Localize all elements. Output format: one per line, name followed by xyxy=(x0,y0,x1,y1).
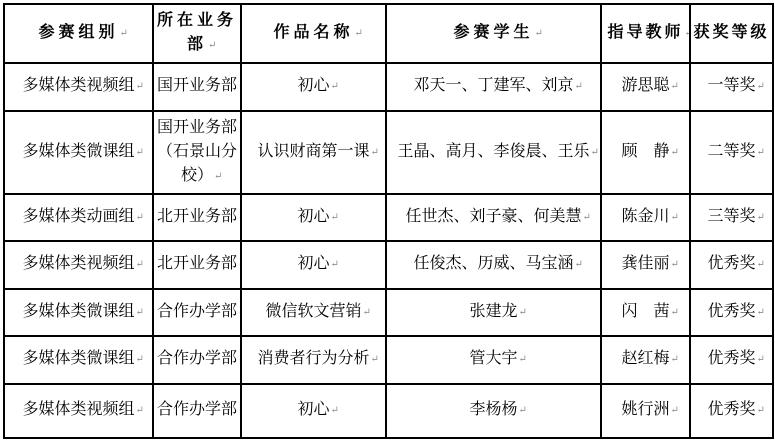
cell-teacher[interactable]: 闪 茜↵ xyxy=(601,289,690,336)
column-header-department[interactable]: 所在业务部↵ xyxy=(153,4,241,63)
cell-group[interactable]: 多媒体类微课组↵ xyxy=(4,336,153,384)
cell-text: 优秀奖 xyxy=(707,303,755,320)
cell-text: 多媒体类视频组 xyxy=(22,77,134,94)
cell-department[interactable]: 国开业务部（石景山分校）↵ xyxy=(153,111,241,194)
cell-text: 闪 茜 xyxy=(621,303,669,320)
cell-students[interactable]: 管大宇↵ xyxy=(386,336,601,384)
cell-award-level[interactable]: 优秀奖↵ xyxy=(690,241,773,289)
cell-text: 合作办学部 xyxy=(157,401,237,418)
cell-award-level[interactable]: 三等奖↵ xyxy=(690,194,773,241)
cell-text: 北开业务部 xyxy=(157,208,237,225)
cell-department[interactable]: 合作办学部↵ xyxy=(153,289,241,336)
cell-work-name[interactable]: 消费者行为分析↵ xyxy=(241,336,386,384)
cell-text: 姚行洲 xyxy=(621,401,669,418)
cell-text: 游思聪 xyxy=(621,77,669,94)
column-header-award-level[interactable]: 获奖等级↵ xyxy=(690,4,773,63)
table-row: 多媒体类视频组↵国开业务部↵初心↵邓天一、丁建军、刘京↵游思聪↵一等奖↵ xyxy=(4,63,773,111)
cell-text: 北开业务部 xyxy=(157,255,237,272)
table-row: 多媒体类视频组↵合作办学部↵初心↵李杨杨↵姚行洲↵优秀奖↵ xyxy=(4,384,773,438)
cell-text: 顾 静 xyxy=(621,143,669,160)
cell-text: 任世杰、刘子豪、何美慧 xyxy=(405,208,581,225)
cell-text: 一等奖 xyxy=(707,77,755,94)
column-header-work-name[interactable]: 作品名称↵ xyxy=(241,4,386,63)
table-row: 多媒体类微课组↵合作办学部↵微信软文营销↵张建龙↵闪 茜↵优秀奖↵ xyxy=(4,289,773,336)
cell-work-name[interactable]: 微信软文营销↵ xyxy=(241,289,386,336)
cell-text: 王晶、高月、李俊晨、王乐 xyxy=(397,143,589,160)
cell-award-level[interactable]: 优秀奖↵ xyxy=(690,289,773,336)
cell-department[interactable]: 合作办学部↵ xyxy=(153,336,241,384)
table-row: 多媒体类视频组↵北开业务部↵初心↵任俊杰、历威、马宝涵↵龚佳丽↵优秀奖↵ xyxy=(4,241,773,289)
cell-text: 国开业务部（石景山分校） xyxy=(157,119,237,184)
cell-group[interactable]: 多媒体类视频组↵ xyxy=(4,384,153,438)
cell-text: 消费者行为分析 xyxy=(257,350,369,367)
cell-text: 任俊杰、历威、马宝涵 xyxy=(413,255,573,272)
cell-work-name[interactable]: 初心↵ xyxy=(241,384,386,438)
cell-work-name[interactable]: 初心↵ xyxy=(241,194,386,241)
table-row: 多媒体类动画组↵北开业务部↵初心↵任世杰、刘子豪、何美慧↵陈金川↵三等奖↵ xyxy=(4,194,773,241)
cell-text: 初心 xyxy=(297,255,329,272)
cell-group[interactable]: 多媒体类视频组↵ xyxy=(4,241,153,289)
cell-work-name[interactable]: 初心↵ xyxy=(241,63,386,111)
cell-text: 初心 xyxy=(297,401,329,418)
header-row: 参赛组别↵所在业务部↵作品名称↵参赛学生↵指导教师↵获奖等级↵ xyxy=(4,4,773,63)
cell-teacher[interactable]: 陈金川↵ xyxy=(601,194,690,241)
cell-award-level[interactable]: 优秀奖↵ xyxy=(690,336,773,384)
column-header-label: 所在业务部 xyxy=(157,12,237,53)
cell-text: 优秀奖 xyxy=(707,350,755,367)
column-header-label: 参赛组别 xyxy=(38,24,118,41)
table-row: 多媒体类微课组↵国开业务部（石景山分校）↵认识财商第一课↵王晶、高月、李俊晨、王… xyxy=(4,111,773,194)
cell-text: 二等奖 xyxy=(707,143,755,160)
cell-text: 张建龙 xyxy=(469,303,517,320)
cell-group[interactable]: 多媒体类微课组↵ xyxy=(4,111,153,194)
cell-text: 优秀奖 xyxy=(707,401,755,418)
cell-teacher[interactable]: 龚佳丽↵ xyxy=(601,241,690,289)
column-header-label: 参赛学生 xyxy=(453,24,533,41)
cell-text: 多媒体类视频组 xyxy=(22,401,134,418)
cell-text: 合作办学部 xyxy=(157,350,237,367)
column-header-group[interactable]: 参赛组别↵ xyxy=(4,4,153,63)
cell-department[interactable]: 北开业务部↵ xyxy=(153,241,241,289)
award-results-table: 参赛组别↵所在业务部↵作品名称↵参赛学生↵指导教师↵获奖等级↵ 多媒体类视频组↵… xyxy=(3,3,774,439)
cell-text: 多媒体类动画组 xyxy=(22,208,134,225)
cell-text: 陈金川 xyxy=(621,208,669,225)
cell-group[interactable]: 多媒体类视频组↵ xyxy=(4,63,153,111)
cell-award-level[interactable]: 一等奖↵ xyxy=(690,63,773,111)
cell-text: 赵红梅 xyxy=(621,350,669,367)
cell-award-level[interactable]: 优秀奖↵ xyxy=(690,384,773,438)
cell-text: 多媒体类微课组 xyxy=(22,143,134,160)
cell-text: 邓天一、丁建军、刘京 xyxy=(413,77,573,94)
column-header-label: 获奖等级 xyxy=(693,24,769,41)
cell-teacher[interactable]: 游思聪↵ xyxy=(601,63,690,111)
cell-students[interactable]: 王晶、高月、李俊晨、王乐↵ xyxy=(386,111,601,194)
table-header: 参赛组别↵所在业务部↵作品名称↵参赛学生↵指导教师↵获奖等级↵ xyxy=(4,4,773,63)
cell-text: 李杨杨 xyxy=(469,401,517,418)
cell-text: 管大宇 xyxy=(469,350,517,367)
cell-text: 初心 xyxy=(297,77,329,94)
table-row: 多媒体类微课组↵合作办学部↵消费者行为分析↵管大宇↵赵红梅↵优秀奖↵ xyxy=(4,336,773,384)
cell-students[interactable]: 任世杰、刘子豪、何美慧↵ xyxy=(386,194,601,241)
cell-text: 多媒体类微课组 xyxy=(22,303,134,320)
cell-work-name[interactable]: 初心↵ xyxy=(241,241,386,289)
cell-department[interactable]: 北开业务部↵ xyxy=(153,194,241,241)
cell-text: 认识财商第一课 xyxy=(257,143,369,160)
cell-students[interactable]: 李杨杨↵ xyxy=(386,384,601,438)
cell-teacher[interactable]: 姚行洲↵ xyxy=(601,384,690,438)
column-header-teacher[interactable]: 指导教师↵ xyxy=(601,4,690,63)
cell-text: 国开业务部 xyxy=(157,77,237,94)
cell-award-level[interactable]: 二等奖↵ xyxy=(690,111,773,194)
cell-text: 龚佳丽 xyxy=(621,255,669,272)
cell-department[interactable]: 国开业务部↵ xyxy=(153,63,241,111)
cell-text: 多媒体类视频组 xyxy=(22,255,134,272)
cell-text: 初心 xyxy=(297,208,329,225)
cell-group[interactable]: 多媒体类微课组↵ xyxy=(4,289,153,336)
column-header-students[interactable]: 参赛学生↵ xyxy=(386,4,601,63)
cell-text: 微信软文营销 xyxy=(265,303,361,320)
cell-students[interactable]: 任俊杰、历威、马宝涵↵ xyxy=(386,241,601,289)
cell-text: 三等奖 xyxy=(707,208,755,225)
cell-department[interactable]: 合作办学部↵ xyxy=(153,384,241,438)
cell-students[interactable]: 张建龙↵ xyxy=(386,289,601,336)
column-header-label: 作品名称 xyxy=(273,24,353,41)
cell-text: 优秀奖 xyxy=(707,255,755,272)
table-body: 多媒体类视频组↵国开业务部↵初心↵邓天一、丁建军、刘京↵游思聪↵一等奖↵多媒体类… xyxy=(4,63,773,438)
cell-group[interactable]: 多媒体类动画组↵ xyxy=(4,194,153,241)
cell-text: 多媒体类微课组 xyxy=(22,350,134,367)
cell-students[interactable]: 邓天一、丁建军、刘京↵ xyxy=(386,63,601,111)
column-header-label: 指导教师 xyxy=(607,24,683,41)
cell-work-name[interactable]: 认识财商第一课↵ xyxy=(241,111,386,194)
cell-teacher[interactable]: 赵红梅↵ xyxy=(601,336,690,384)
cell-teacher[interactable]: 顾 静↵ xyxy=(601,111,690,194)
cell-text: 合作办学部 xyxy=(157,303,237,320)
